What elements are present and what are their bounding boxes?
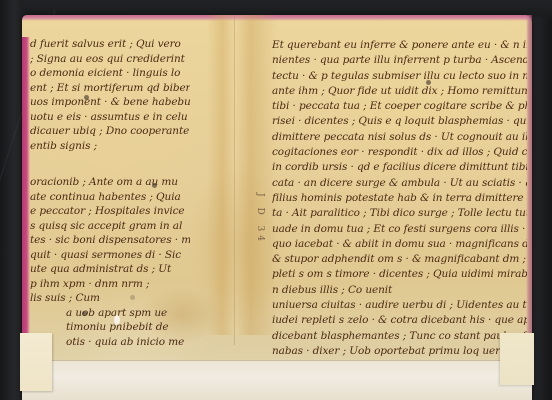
text-line: o demonia eicient · linguis lo	[30, 66, 190, 81]
blank-rubric-line	[30, 153, 190, 175]
text-line: timoniu phibebit de	[30, 320, 190, 335]
text-line: ante ihm ; Quor fide ut uidit dix ; Homo…	[272, 84, 527, 99]
text-line: e peccator ; Hospitales invice	[30, 204, 190, 219]
text-line: ta · Ait paralitico ; Tibi dico surge ; …	[272, 206, 527, 221]
shelfmark-annotation: J D 34	[255, 193, 265, 245]
text-line: dicauer ubiq ; Dno cooperante	[30, 124, 190, 139]
text-line: lis suis ; Cum	[30, 291, 190, 306]
text-line: oracionib ; Ante om a au mu	[30, 175, 190, 190]
ink-spot	[426, 80, 431, 85]
text-line: quo iacebat · & abiit in domu sua · magn…	[272, 237, 527, 252]
text-line: n diebus illis ; Co uenit	[272, 283, 527, 298]
text-line: uotu e eis · assumtus e in celu · & sedi…	[30, 110, 190, 125]
text-line: uniuersa ciuitas · audire uerbu di ; Uid…	[272, 298, 527, 313]
right-paper-repair	[500, 333, 534, 385]
text-line: ate continua habentes ; Quia	[30, 190, 190, 205]
text-line: in cordib ursis · qd e facilius dicere d…	[272, 160, 527, 175]
text-line: p ihm xpm · dnm nrm ;	[30, 277, 190, 292]
text-line: cata · an dicere surge & ambula · Ut au …	[272, 176, 527, 191]
fold-line	[234, 15, 235, 345]
text-line: quit · quasi sermones di · Sic	[30, 248, 190, 263]
text-line: tibi · peccata tua ; Et coeper cogitare …	[272, 99, 527, 114]
text-line: ute qua administrat ds ; Ut	[30, 262, 190, 277]
text-line: d fuerit salvus erit ; Qui vero	[30, 37, 190, 52]
manuscript-leaf: d fuerit salvus erit ; Qui vero ; Signa …	[22, 15, 532, 400]
text-line: ent ; Et si mortiferum qd biberint	[30, 81, 190, 96]
text-line: uade in domu tua ; Et co festi surgens c…	[272, 222, 527, 237]
text-line: dicebant blasphemantes ; Tunc co stant p…	[272, 329, 527, 344]
text-line: Et querebant eu inferre & ponere ante eu…	[272, 38, 527, 53]
text-line: uos imponent · & bene habebunt ;	[30, 95, 190, 110]
text-line: s quisq sic accepit gram in al	[30, 219, 190, 234]
text-line: & stupor adphendit om s · & magnificaban…	[272, 252, 527, 267]
text-line: pleti s om s timore · dicentes ; Quia ui…	[272, 267, 527, 282]
ink-spot	[130, 295, 135, 300]
text-line: filius hominis potestate hab & in terra …	[272, 191, 527, 206]
text-line: nabas · dixer ; Uob oportebat primu loq …	[272, 344, 527, 359]
text-line: cogitaciones eor · respondit · dix ad il…	[272, 145, 527, 160]
text-line: ; Signa au eos qui crediderint	[30, 52, 190, 67]
text-line: dimittere peccata nisi solus ds · Ut cog…	[272, 130, 527, 145]
text-line: tes · sic boni dispensatores · mul	[30, 233, 190, 248]
text-line: entib signis ;	[30, 139, 190, 154]
left-edge-stain	[22, 37, 30, 337]
fold-gutter	[207, 15, 277, 335]
text-line: iudei repleti s zelo · & cotra dicebant …	[272, 313, 527, 328]
text-line: a uob apart spm ue	[30, 306, 190, 321]
text-line: risei · dicentes ; Quis e q loquit blasp…	[272, 114, 527, 129]
text-line: tectu · & p tegulas submiser illu cu lec…	[272, 69, 527, 84]
text-line: otis · quia ab inicio me	[30, 335, 190, 350]
right-text-column: Et querebant eu inferre & ponere ante eu…	[272, 38, 527, 359]
parchment-hole	[114, 315, 120, 325]
text-line: nientes · qua parte illu inferrent p tur…	[272, 53, 527, 68]
bottom-paper-repair	[22, 360, 532, 400]
ink-spot	[84, 95, 89, 100]
ink-spot	[152, 183, 157, 188]
left-text-column: d fuerit salvus erit ; Qui vero ; Signa …	[30, 37, 190, 349]
ink-spot	[82, 311, 87, 316]
left-paper-repair	[20, 333, 52, 391]
top-edge-stain	[22, 15, 532, 21]
